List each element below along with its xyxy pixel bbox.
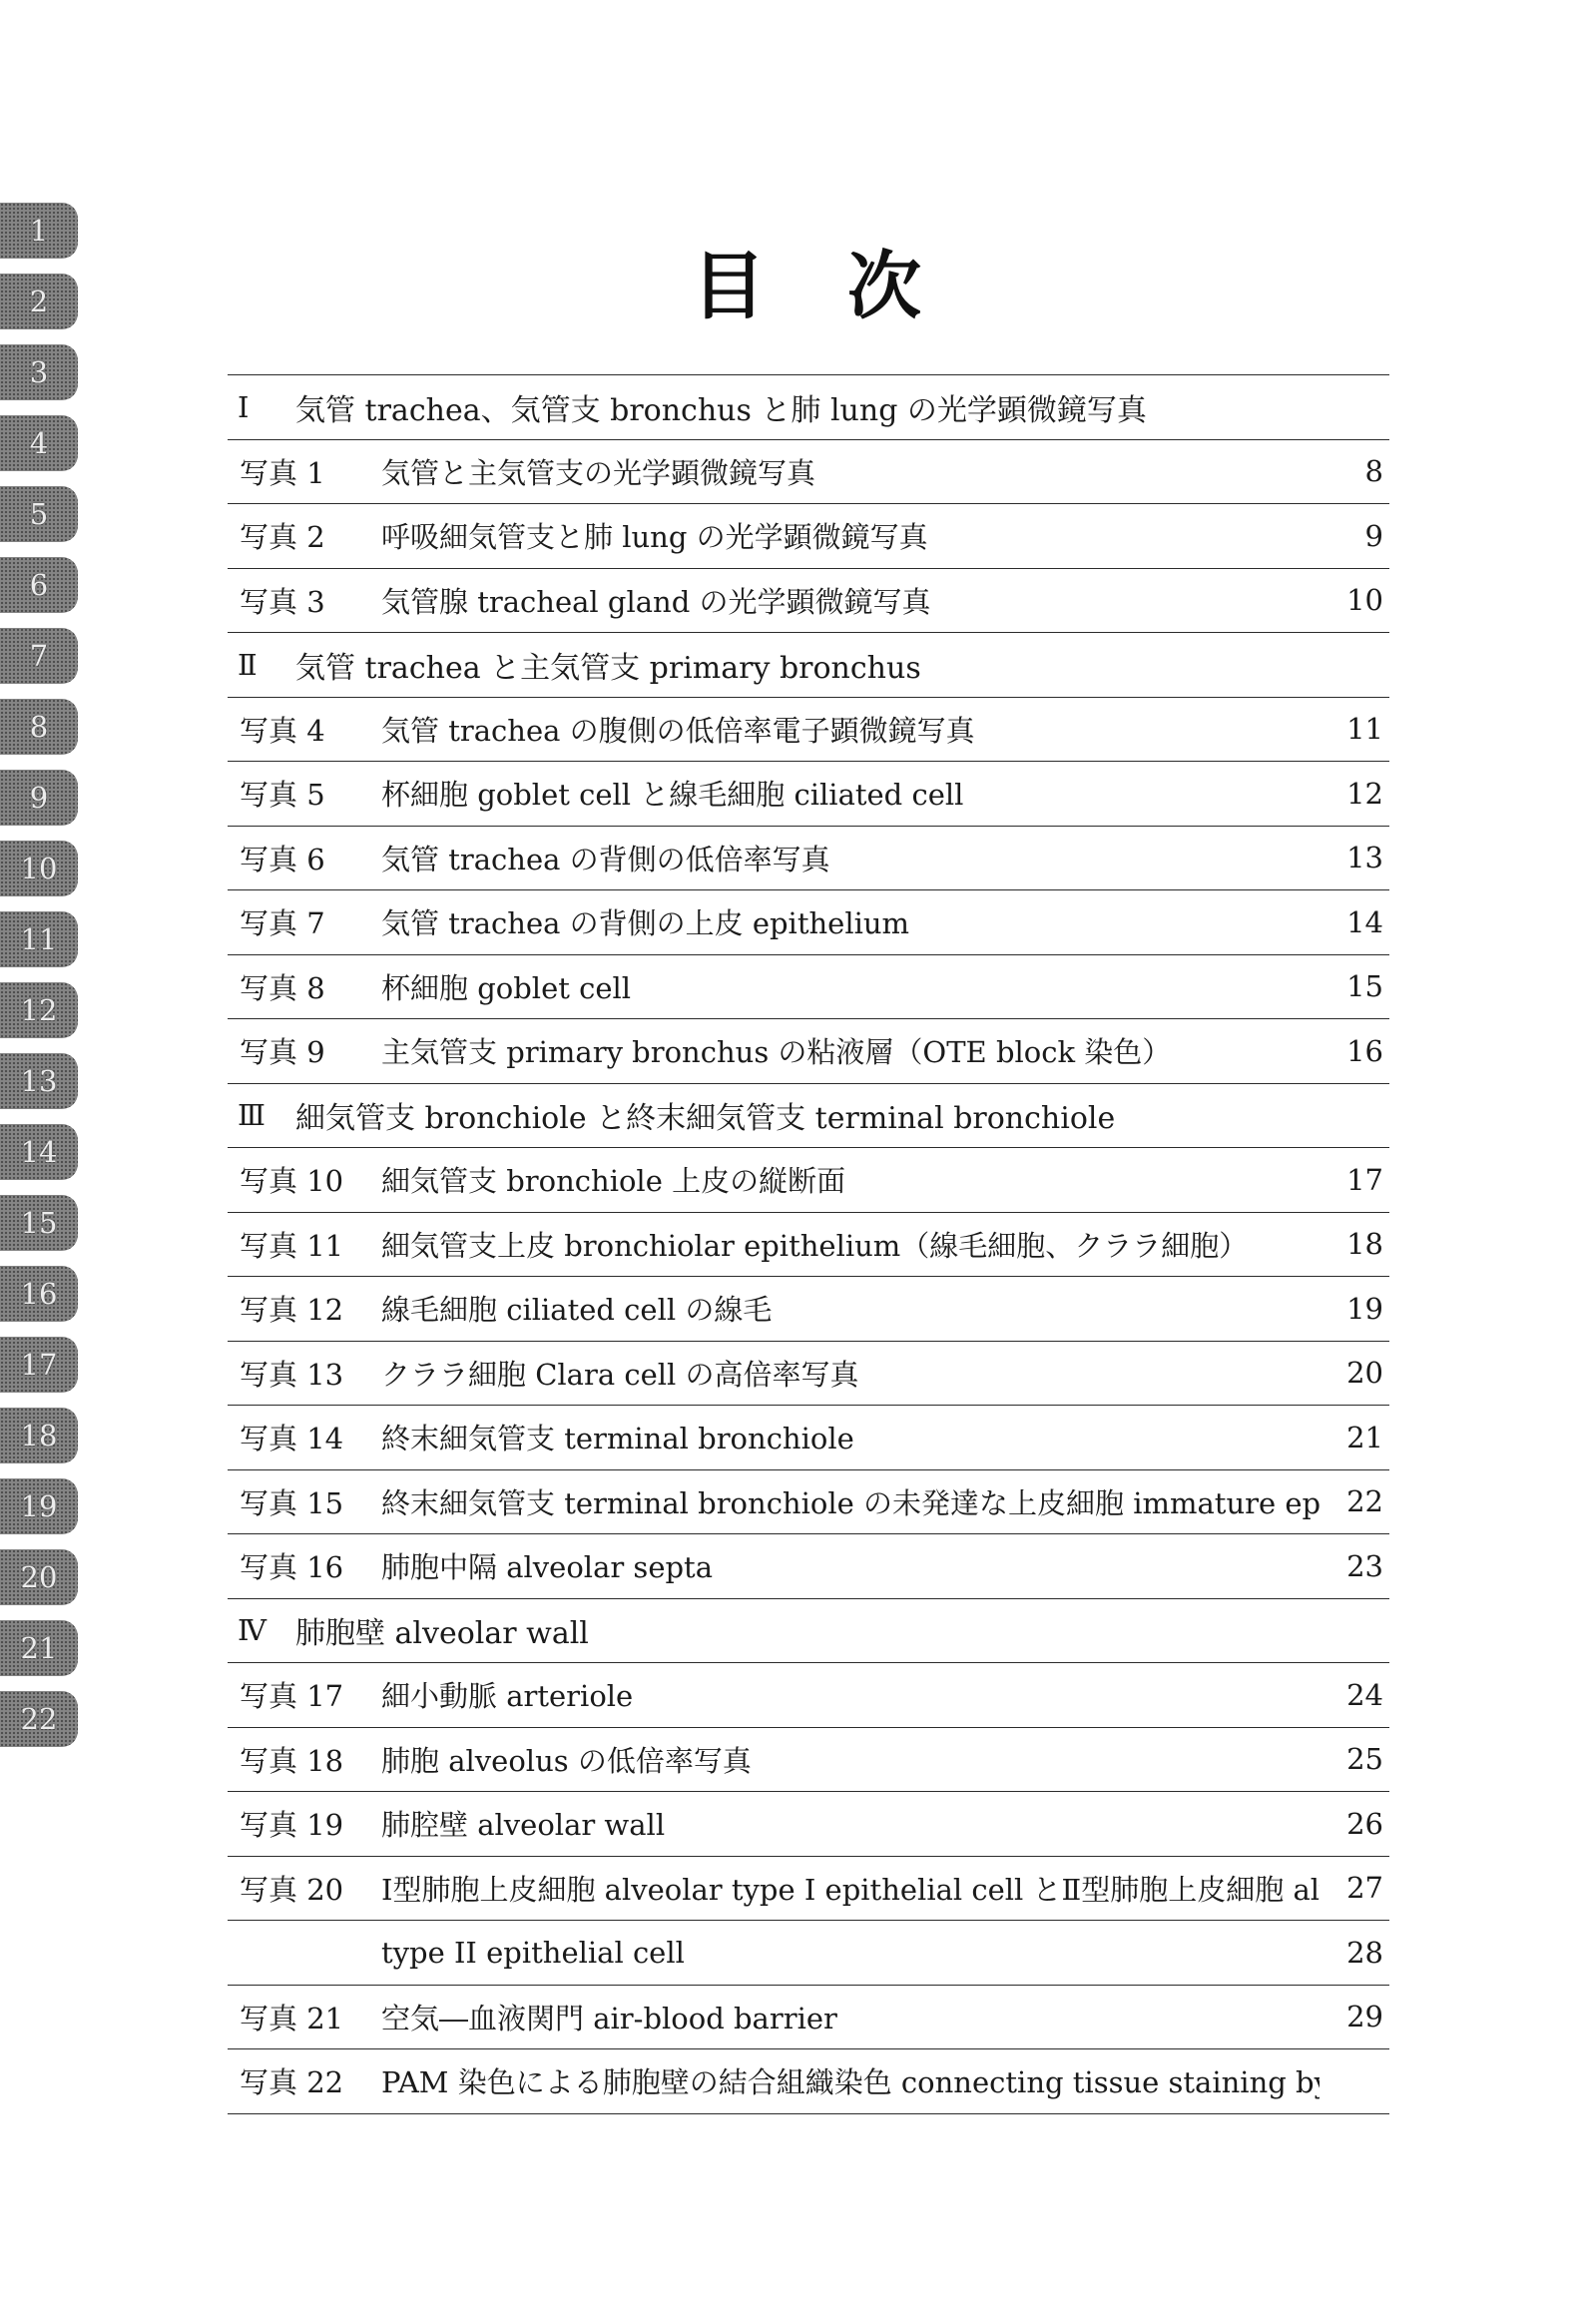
entry-page-number: 10 [1320,583,1389,617]
sidebar-tab-18: 18 [0,1408,78,1463]
toc-entry-row: 写真 1気管と主気管支の光学顕微鏡写真8 [228,440,1389,505]
toc-entry-row: 写真 16肺胞中隔 alveolar septa23 [228,1534,1389,1599]
sidebar-tab-label: 3 [30,358,48,387]
entry-page-number: 23 [1320,1549,1389,1583]
sidebar-tab-label: 14 [21,1138,58,1167]
sidebar-tab-label: 10 [21,855,58,883]
entry-text: 呼吸細気管支と肺 lung の光学顕微鏡写真 [381,515,1320,556]
sidebar-tab-label: 7 [30,642,48,671]
entry-text: 終末細気管支 terminal bronchiole [381,1417,1320,1457]
entry-label: 写真 19 [228,1803,381,1844]
entry-page-number: 13 [1320,841,1389,874]
toc-entry-row: 写真 3気管腺 tracheal gland の光学顕微鏡写真10 [228,569,1389,634]
entry-text: 気管と主気管支の光学顕微鏡写真 [381,451,1320,492]
sidebar-tab-label: 5 [30,500,48,529]
toc-entry-row: 写真 9主気管支 primary bronchus の粘液層（OTE block… [228,1019,1389,1084]
entry-page-number: 8 [1320,454,1389,488]
sidebar-tab-15: 15 [0,1195,78,1251]
entry-page-number: 24 [1320,1678,1389,1712]
toc-entry-row: 写真 7気管 trachea の背側の上皮 epithelium14 [228,890,1389,955]
entry-label: 写真 8 [228,966,381,1007]
toc-entry-row: 写真 21空気―血液関門 air-blood barrier29 [228,1986,1389,2050]
entry-page-number: 25 [1320,1742,1389,1776]
entry-label: 写真 4 [228,709,381,750]
entry-label: 写真 14 [228,1417,381,1457]
toc-entry-row: 写真 8杯細胞 goblet cell15 [228,955,1389,1020]
entry-text: 気管 trachea、気管支 bronchus と肺 lung の光学顕微鏡写真 [295,385,1320,429]
sidebar-tab-label: 19 [21,1492,58,1521]
entry-page-number: 12 [1320,777,1389,811]
sidebar-tab-label: 11 [21,925,58,954]
entry-page-number: 19 [1320,1292,1389,1326]
sidebar-tab-label: 2 [30,288,48,316]
sidebar-tab-21: 21 [0,1620,78,1676]
sidebar-tab-2: 2 [0,274,78,329]
entry-page-number: 22 [1320,1484,1389,1518]
entry-text: type II epithelial cell [381,1936,1320,1970]
entry-label: 写真 17 [228,1674,381,1715]
entry-text: 細気管支 bronchiole と終末細気管支 terminal bronchi… [295,1093,1320,1137]
entry-text: PAM 染色による肺胞壁の結合組織染色 connecting tissue st… [381,2060,1320,2101]
entry-text: 細気管支 bronchiole 上皮の縦断面 [381,1159,1320,1200]
entry-page-number: 20 [1320,1356,1389,1390]
sidebar-tab-label: 18 [21,1422,58,1451]
page-title: 目 次 [228,228,1389,333]
toc-entry-row: 写真 22PAM 染色による肺胞壁の結合組織染色 connecting tiss… [228,2049,1389,2114]
entry-label: 写真 9 [228,1030,381,1071]
entry-text: 気管 trachea と主気管支 primary bronchus [295,643,1320,687]
entry-text: 杯細胞 goblet cell [381,966,1320,1007]
entry-page-number: 18 [1320,1227,1389,1261]
toc-entry-row: 写真 12線毛細胞 ciliated cell の線毛19 [228,1277,1389,1342]
toc-entry-row: 写真 13クララ細胞 Clara cell の高倍率写真20 [228,1342,1389,1407]
sidebar-tab-label: 9 [30,784,48,813]
sidebar-tab-11: 11 [0,911,78,967]
sidebar-tab-22: 22 [0,1691,78,1747]
entry-label: 写真 20 [228,1868,381,1909]
entry-label: 写真 10 [228,1159,381,1200]
sidebar-tab-9: 9 [0,770,78,826]
toc-entry-row: 写真 5杯細胞 goblet cell と線毛細胞 ciliated cell1… [228,762,1389,827]
sidebar-tab-3: 3 [0,344,78,400]
entry-label: 写真 13 [228,1353,381,1394]
entry-text: 線毛細胞 ciliated cell の線毛 [381,1288,1320,1329]
sidebar-tab-label: 1 [30,217,48,246]
entry-label: 写真 1 [228,451,381,492]
entry-text: 細気管支上皮 bronchiolar epithelium（線毛細胞、クララ細胞… [381,1224,1320,1265]
sidebar-tab-6: 6 [0,557,78,613]
toc-entry-row: 写真 17細小動脈 arteriole24 [228,1663,1389,1728]
entry-label: 写真 7 [228,901,381,942]
entry-label: 写真 15 [228,1481,381,1522]
sidebar-tabs: 12345678910111213141516171819202122 [0,203,78,1747]
toc-list: Ⅰ気管 trachea、気管支 bronchus と肺 lung の光学顕微鏡写… [228,374,1389,2114]
entry-text: クララ細胞 Clara cell の高倍率写真 [381,1353,1320,1394]
entry-text: Ⅰ型肺胞上皮細胞 alveolar type I epithelial cell… [381,1868,1320,1909]
toc-section-row: Ⅲ細気管支 bronchiole と終末細気管支 terminal bronch… [228,1084,1389,1149]
sidebar-tab-5: 5 [0,486,78,542]
entry-text: 肺胞 alveolus の低倍率写真 [381,1739,1320,1780]
sidebar-tab-7: 7 [0,628,78,684]
entry-text: 杯細胞 goblet cell と線毛細胞 ciliated cell [381,773,1320,814]
entry-text: 肺腔壁 alveolar wall [381,1803,1320,1844]
sidebar-tab-1: 1 [0,203,78,259]
toc-section-row: Ⅰ気管 trachea、気管支 bronchus と肺 lung の光学顕微鏡写… [228,375,1389,440]
entry-text: 細小動脈 arteriole [381,1674,1320,1715]
sidebar-tab-label: 4 [30,429,48,458]
sidebar-tab-13: 13 [0,1053,78,1109]
entry-label: 写真 22 [228,2060,381,2101]
toc-section-row: Ⅱ気管 trachea と主気管支 primary bronchus [228,633,1389,698]
toc-entry-row: 写真 6気管 trachea の背側の低倍率写真13 [228,827,1389,891]
sidebar-tab-10: 10 [0,841,78,896]
entry-text: 主気管支 primary bronchus の粘液層（OTE block 染色） [381,1030,1320,1071]
toc-entry-row: 写真 14終末細気管支 terminal bronchiole21 [228,1406,1389,1470]
entry-page-number: 16 [1320,1034,1389,1068]
entry-label: 写真 2 [228,515,381,556]
entry-page-number: 17 [1320,1163,1389,1197]
sidebar-tab-19: 19 [0,1478,78,1534]
sidebar-tab-label: 13 [21,1067,58,1096]
entry-text: 気管腺 tracheal gland の光学顕微鏡写真 [381,580,1320,621]
sidebar-tab-4: 4 [0,415,78,471]
entry-label: 写真 21 [228,1997,381,2037]
toc-entry-row: 写真 4気管 trachea の腹側の低倍率電子顕微鏡写真11 [228,698,1389,763]
sidebar-tab-17: 17 [0,1337,78,1393]
sidebar-tab-12: 12 [0,982,78,1038]
scanned-toc-page: 12345678910111213141516171819202122 目 次 … [0,0,1589,2324]
sidebar-tab-14: 14 [0,1124,78,1180]
entry-label: 写真 11 [228,1224,381,1265]
sidebar-tab-16: 16 [0,1266,78,1322]
entry-text: 終末細気管支 terminal bronchiole の未発達な上皮細胞 imm… [381,1481,1320,1522]
toc-entry-row: 写真 2呼吸細気管支と肺 lung の光学顕微鏡写真9 [228,504,1389,569]
sidebar-tab-label: 8 [30,713,48,742]
entry-text: 肺胞壁 alveolar wall [295,1608,1320,1652]
entry-text: 気管 trachea の背側の低倍率写真 [381,838,1320,878]
entry-text: 気管 trachea の背側の上皮 epithelium [381,901,1320,942]
entry-label: 写真 18 [228,1739,381,1780]
toc-entry-row: type II epithelial cell28 [228,1921,1389,1986]
entry-page-number: 11 [1320,712,1389,746]
entry-page-number: 27 [1320,1871,1389,1905]
entry-text: 空気―血液関門 air-blood barrier [381,1997,1320,2037]
entry-text: 肺胞中隔 alveolar septa [381,1545,1320,1586]
sidebar-tab-label: 17 [21,1351,58,1380]
entry-page-number: 26 [1320,1807,1389,1841]
section-numeral: Ⅲ [228,1098,295,1132]
sidebar-tab-label: 12 [21,996,58,1025]
sidebar-tab-label: 16 [21,1280,58,1309]
toc-entry-row: 写真 20Ⅰ型肺胞上皮細胞 alveolar type I epithelial… [228,1857,1389,1922]
entry-page-number: 14 [1320,905,1389,939]
toc-entry-row: 写真 15終末細気管支 terminal bronchiole の未発達な上皮細… [228,1470,1389,1535]
entry-label: 写真 5 [228,773,381,814]
sidebar-tab-label: 6 [30,571,48,600]
entry-page-number: 28 [1320,1936,1389,1970]
entry-label: 写真 3 [228,580,381,621]
entry-text: 気管 trachea の腹側の低倍率電子顕微鏡写真 [381,709,1320,750]
entry-label: 写真 6 [228,838,381,878]
entry-page-number: 9 [1320,519,1389,553]
sidebar-tab-20: 20 [0,1549,78,1605]
toc-entry-row: 写真 19肺腔壁 alveolar wall26 [228,1792,1389,1857]
entry-page-number: 21 [1320,1421,1389,1454]
sidebar-tab-label: 21 [21,1634,58,1663]
section-numeral: Ⅱ [228,648,295,682]
toc-entry-row: 写真 18肺胞 alveolus の低倍率写真25 [228,1728,1389,1793]
section-numeral: Ⅳ [228,1613,295,1647]
toc-entry-row: 写真 10細気管支 bronchiole 上皮の縦断面17 [228,1148,1389,1213]
sidebar-tab-label: 20 [21,1563,58,1592]
entry-label: 写真 12 [228,1288,381,1329]
sidebar-tab-8: 8 [0,699,78,755]
section-numeral: Ⅰ [228,390,295,424]
entry-label: 写真 16 [228,1545,381,1586]
sidebar-tab-label: 22 [21,1705,58,1734]
entry-page-number: 15 [1320,969,1389,1003]
toc-section-row: Ⅳ肺胞壁 alveolar wall [228,1599,1389,1664]
toc-entry-row: 写真 11細気管支上皮 bronchiolar epithelium（線毛細胞、… [228,1213,1389,1278]
sidebar-tab-label: 15 [21,1209,58,1238]
entry-page-number: 29 [1320,2000,1389,2033]
